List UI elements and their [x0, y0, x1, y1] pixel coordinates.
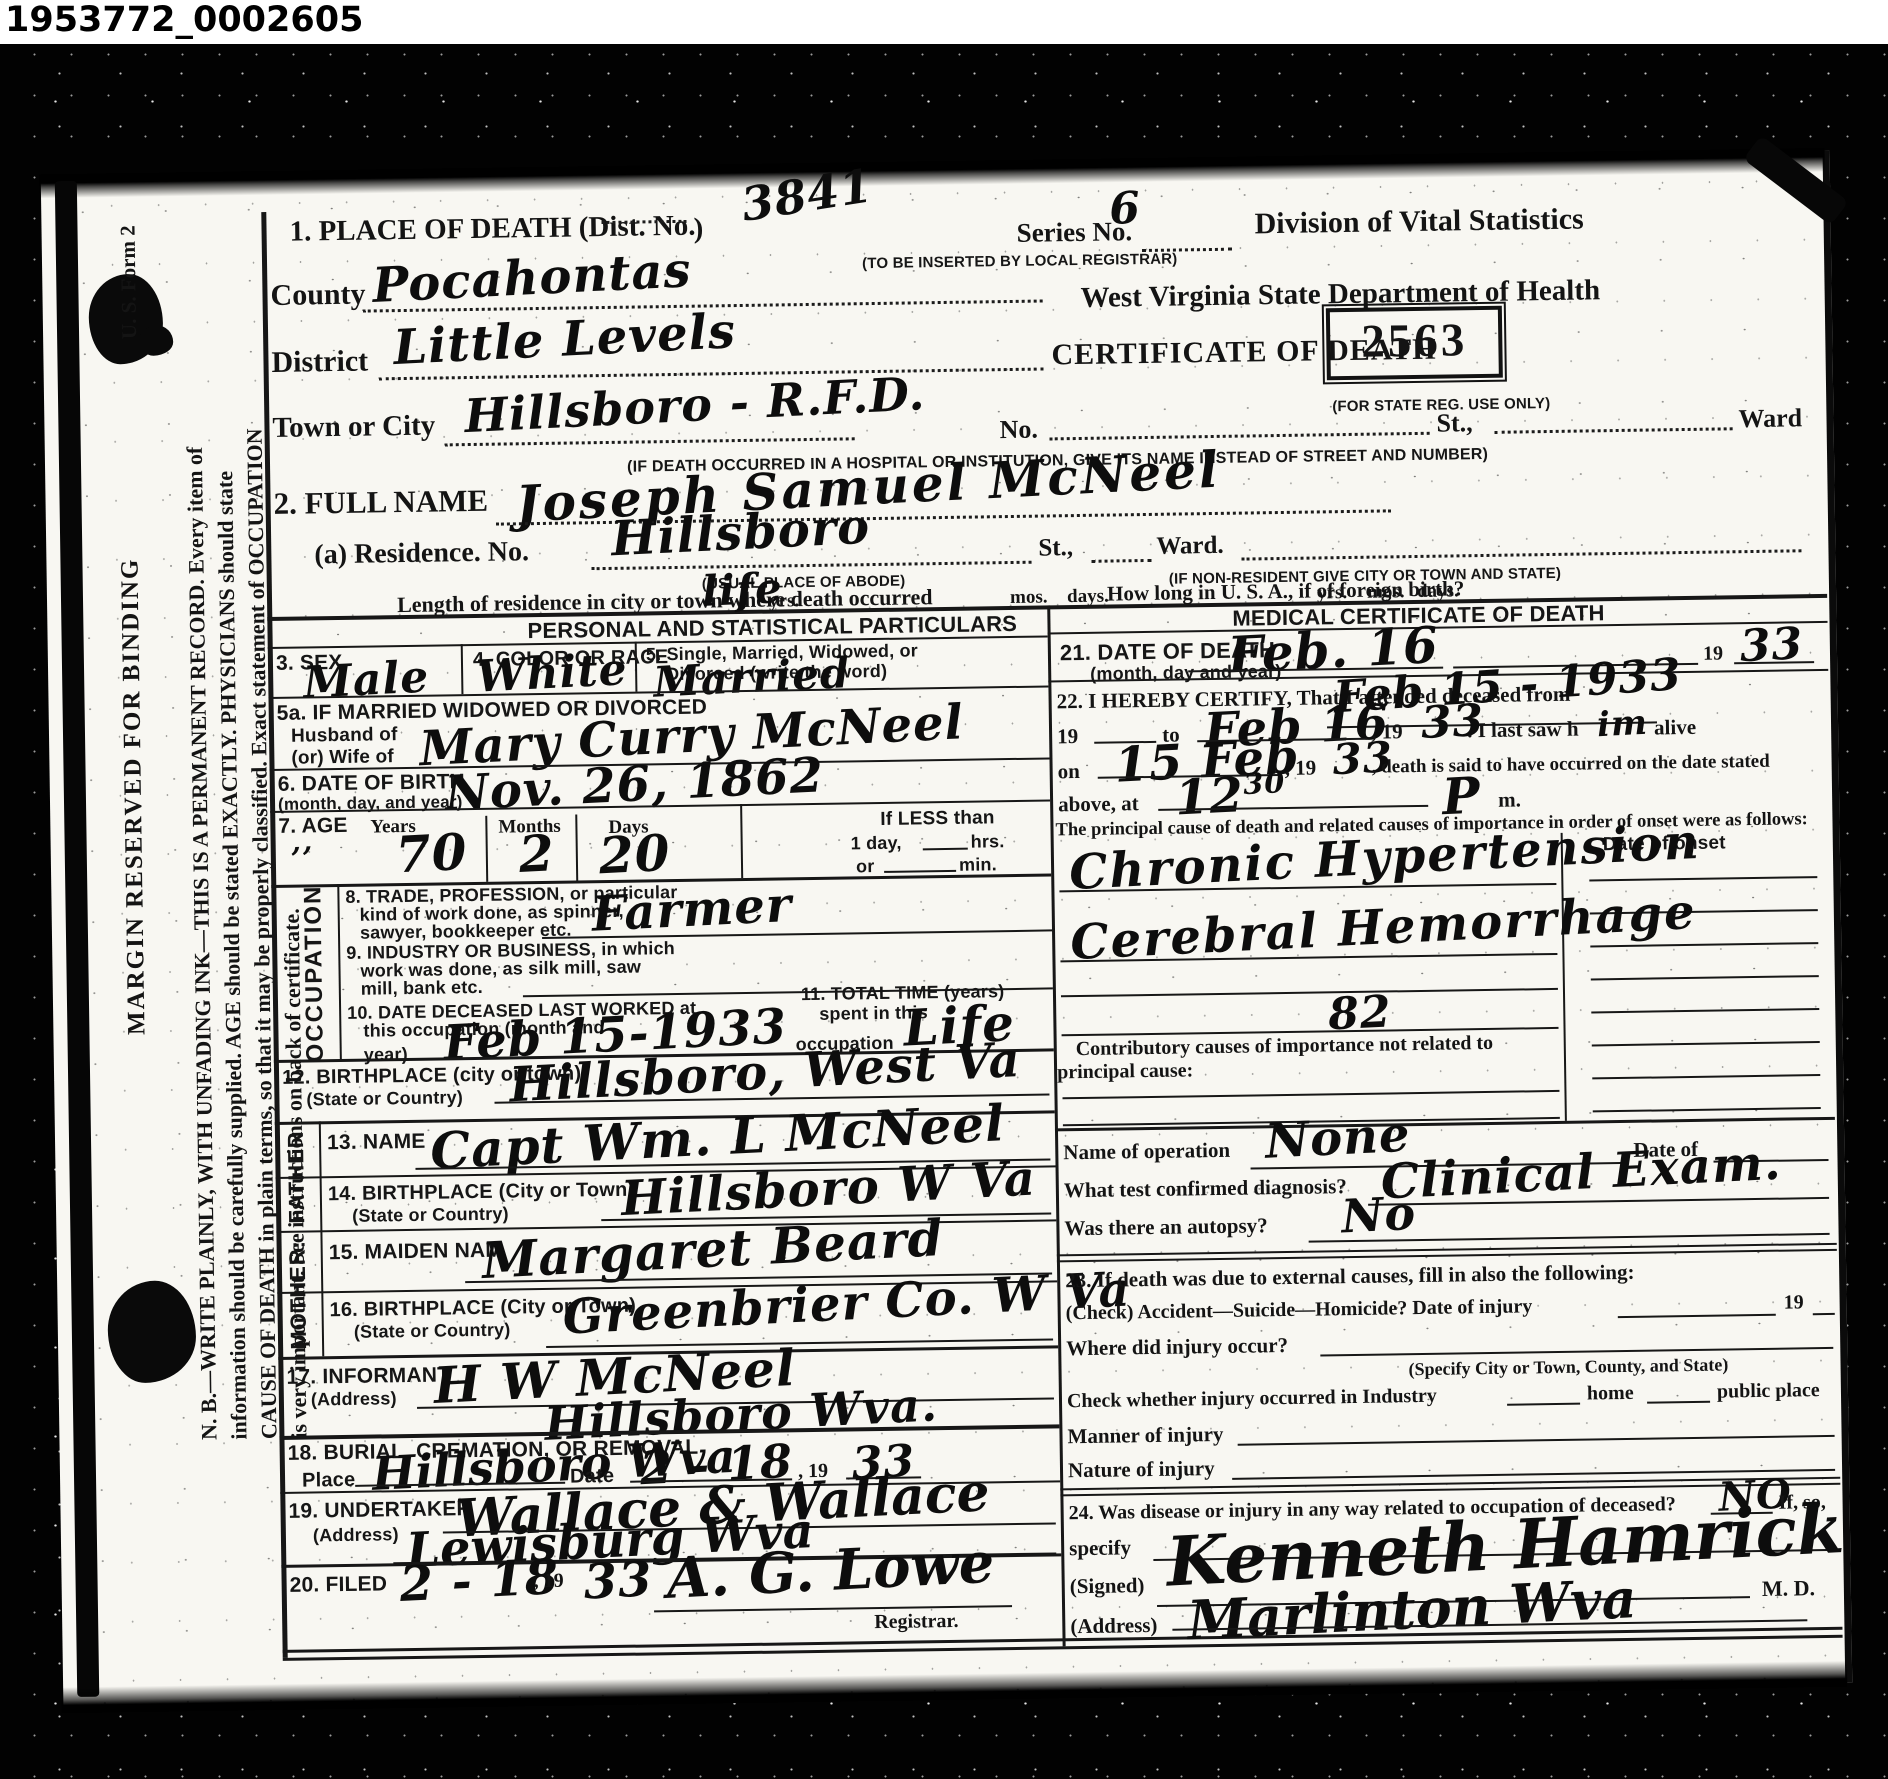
home-label: home	[1587, 1382, 1634, 1406]
residence-value: Hillsboro	[610, 499, 871, 568]
md-label: M. D.	[1762, 1575, 1816, 1602]
operation-label: Name of operation	[1063, 1138, 1230, 1165]
rule	[1057, 1249, 1837, 1263]
death-certificate-document: U. S. Form 2 MARGIN RESERVED FOR BINDING…	[41, 151, 1853, 1709]
contributory-label-1: Contributory causes of importance not re…	[1076, 1032, 1494, 1061]
death-time-sup: 30	[1242, 765, 1286, 801]
public-place-label: public place	[1717, 1379, 1820, 1404]
filed-year-prefix: , 19	[533, 1570, 563, 1593]
injury-industry-label: Check whether injury occurred in Industr…	[1067, 1385, 1437, 1413]
corner-fold-mark	[1743, 135, 1849, 225]
death-year-value: 33	[1739, 618, 1805, 672]
filed-year-value: 33	[582, 1551, 653, 1610]
above-at-label: above, at	[1058, 791, 1139, 817]
m-label: m.	[1498, 787, 1521, 812]
min-label: min.	[959, 854, 997, 876]
blank-line	[1593, 1107, 1821, 1112]
usa-label: How long in U. S. A., if of foreign birt…	[1107, 576, 1465, 606]
blank-line	[1647, 1401, 1710, 1404]
occupation-vertical-label: OCCUPATION	[299, 863, 330, 1083]
residence-label: (a) Residence. No.	[314, 536, 529, 571]
alive-label: alive	[1654, 715, 1696, 741]
where-injury-label: Where did injury occur?	[1066, 1333, 1288, 1361]
rule	[337, 884, 342, 1059]
if-less-label: If LESS than	[880, 807, 995, 831]
district-value: Little Levels	[392, 303, 737, 376]
specify-city-note: (Specify City or Town, County, and State…	[1408, 1354, 1728, 1380]
binding-margin-label: MARGIN RESERVED FOR BINDING	[116, 506, 153, 1086]
yrs-label-2: yrs.	[1317, 582, 1347, 604]
mother-vertical-label: MOTHER:	[284, 1235, 312, 1353]
filed-label: 20. FILED	[289, 1572, 387, 1597]
days-label-2: days.	[1417, 580, 1459, 603]
yrs-label: yrs.	[769, 590, 799, 612]
test-label: What test confirmed diagnosis?	[1064, 1174, 1347, 1203]
street-label: St.,	[1436, 408, 1473, 439]
blank-line	[1062, 1090, 1559, 1099]
ward-label: Ward	[1738, 403, 1802, 434]
him-handwritten: im	[1596, 703, 1649, 745]
scanner-background: U. S. Form 2 MARGIN RESERVED FOR BINDING…	[0, 44, 1888, 1779]
county-value: Pocahontas	[371, 242, 693, 314]
external-causes-label: 23. If death was due to external causes,…	[1065, 1260, 1635, 1293]
autopsy-label: Was there an autopsy?	[1064, 1213, 1268, 1241]
last-saw-label: . I last saw h	[1467, 717, 1579, 744]
age-label: 7. AGE	[278, 814, 348, 839]
mother-birthplace-sublabel: (State or Country)	[354, 1320, 511, 1343]
injury-year-prefix: 19	[1783, 1291, 1803, 1314]
state-registration-number-box: 2563	[1326, 306, 1503, 381]
father-birthplace-label: 14. BIRTHPLACE (City or Town)	[328, 1179, 635, 1207]
father-name-label: 13. NAME	[327, 1130, 426, 1155]
undertaker-label: 19. UNDERTAKER	[288, 1497, 472, 1524]
rule	[461, 644, 464, 694]
wife-of-label: (or) Wife of	[291, 746, 394, 770]
blank-line	[1591, 975, 1819, 980]
birthplace-sublabel: (State or Country)	[306, 1087, 463, 1110]
signed-label: (Signed)	[1070, 1573, 1145, 1599]
mos-label: mos.	[1010, 586, 1048, 609]
dotted-line	[1050, 432, 1430, 441]
binding-edge-bar	[55, 181, 99, 1697]
registrar-label: Registrar.	[874, 1610, 959, 1634]
nature-of-injury-label: Nature of injury	[1068, 1456, 1215, 1483]
street-label-2: St.,	[1038, 534, 1073, 563]
undertaker-address-label: (Address)	[313, 1524, 399, 1546]
blank-line	[1320, 1347, 1833, 1357]
or-label: or	[856, 856, 875, 877]
husband-of-label: Husband of	[291, 724, 398, 748]
form-number-label: U. S. Form 2	[115, 202, 142, 362]
last-saw-year-prefix: , 19	[1284, 756, 1316, 781]
occurred-label: , death is said to have occurred on the …	[1371, 751, 1769, 779]
district-label: District	[271, 345, 368, 380]
blank-line	[884, 870, 956, 873]
blank-line	[1592, 1041, 1820, 1046]
rule	[575, 814, 578, 880]
division-title: Division of Vital Statistics	[1254, 202, 1584, 241]
blank-line	[1591, 1008, 1819, 1013]
dotted-line	[1242, 549, 1802, 560]
mos-label-2: mos.	[1367, 581, 1405, 604]
maiden-name-label: 15. MAIDEN NAM	[329, 1239, 504, 1266]
scan-id-label: 1953772_0002605	[5, 0, 363, 40]
blank-line	[1238, 1435, 1835, 1446]
blank-line	[923, 848, 968, 851]
scan-id-bar: 1953772_0002605	[0, 0, 1888, 44]
ink-blot	[107, 1280, 197, 1383]
county-label: County	[270, 278, 366, 313]
age-years-value: 70	[394, 822, 468, 884]
year-prefix-19: 19	[1057, 724, 1078, 749]
rule	[485, 816, 488, 882]
district-number-value: 3841	[738, 158, 877, 232]
informant-address-label: (Address)	[311, 1388, 397, 1410]
industry-label-3: mill, bank etc.	[361, 977, 483, 1000]
series-no-value: 6	[1108, 183, 1142, 236]
place-of-death-label: 1. PLACE OF DEATH (Dist. No.	[289, 210, 695, 249]
duration-value: 82	[1327, 986, 1393, 1040]
blank-line	[1589, 876, 1817, 881]
specify-label: specify	[1069, 1535, 1131, 1561]
ink-blot	[139, 325, 173, 356]
father-birthplace-sublabel: (State or Country)	[352, 1204, 509, 1227]
town-label: Town or City	[272, 410, 435, 445]
age-months-value: 2	[517, 823, 556, 884]
hrs-label: hrs.	[971, 831, 1005, 852]
street-no-label: No.	[999, 415, 1038, 446]
full-name-label: 2. FULL NAME	[273, 483, 488, 522]
blank-line	[1061, 988, 1558, 997]
manner-of-injury-label: Manner of injury	[1067, 1422, 1223, 1449]
check-accident-label: (Check) Accident—Suicide—Homicide? Date …	[1066, 1295, 1533, 1325]
last-worked-label-3: year)	[364, 1044, 408, 1066]
ward-label-2: Ward.	[1156, 532, 1224, 561]
age-days-value: 20	[597, 823, 671, 885]
one-day-label: 1 day,	[851, 833, 902, 855]
death-year-prefix: 19	[1703, 642, 1723, 665]
contributory-label-2: principal cause:	[1057, 1059, 1193, 1084]
rule	[740, 804, 743, 878]
blank-line	[1592, 1074, 1820, 1079]
blank-line	[1813, 1313, 1835, 1315]
blank-line	[1507, 1403, 1580, 1406]
inserted-by-registrar-note: (TO BE INSERTED BY LOCAL REGISTRAR)	[862, 251, 1178, 273]
informant-label: 17. INFORMANT	[286, 1363, 450, 1389]
burial-place-label: Place	[302, 1469, 356, 1493]
dotted-line	[1092, 559, 1152, 563]
close-paren: )	[693, 213, 703, 246]
blank-line	[1618, 1314, 1776, 1318]
physician-address-label: (Address)	[1070, 1613, 1157, 1639]
autopsy-value: No	[1340, 1186, 1417, 1244]
days-label: days.	[1067, 586, 1109, 609]
on-label: on	[1057, 759, 1080, 784]
dotted-line	[1495, 427, 1733, 434]
state-registration-number: 2563	[1361, 314, 1468, 368]
